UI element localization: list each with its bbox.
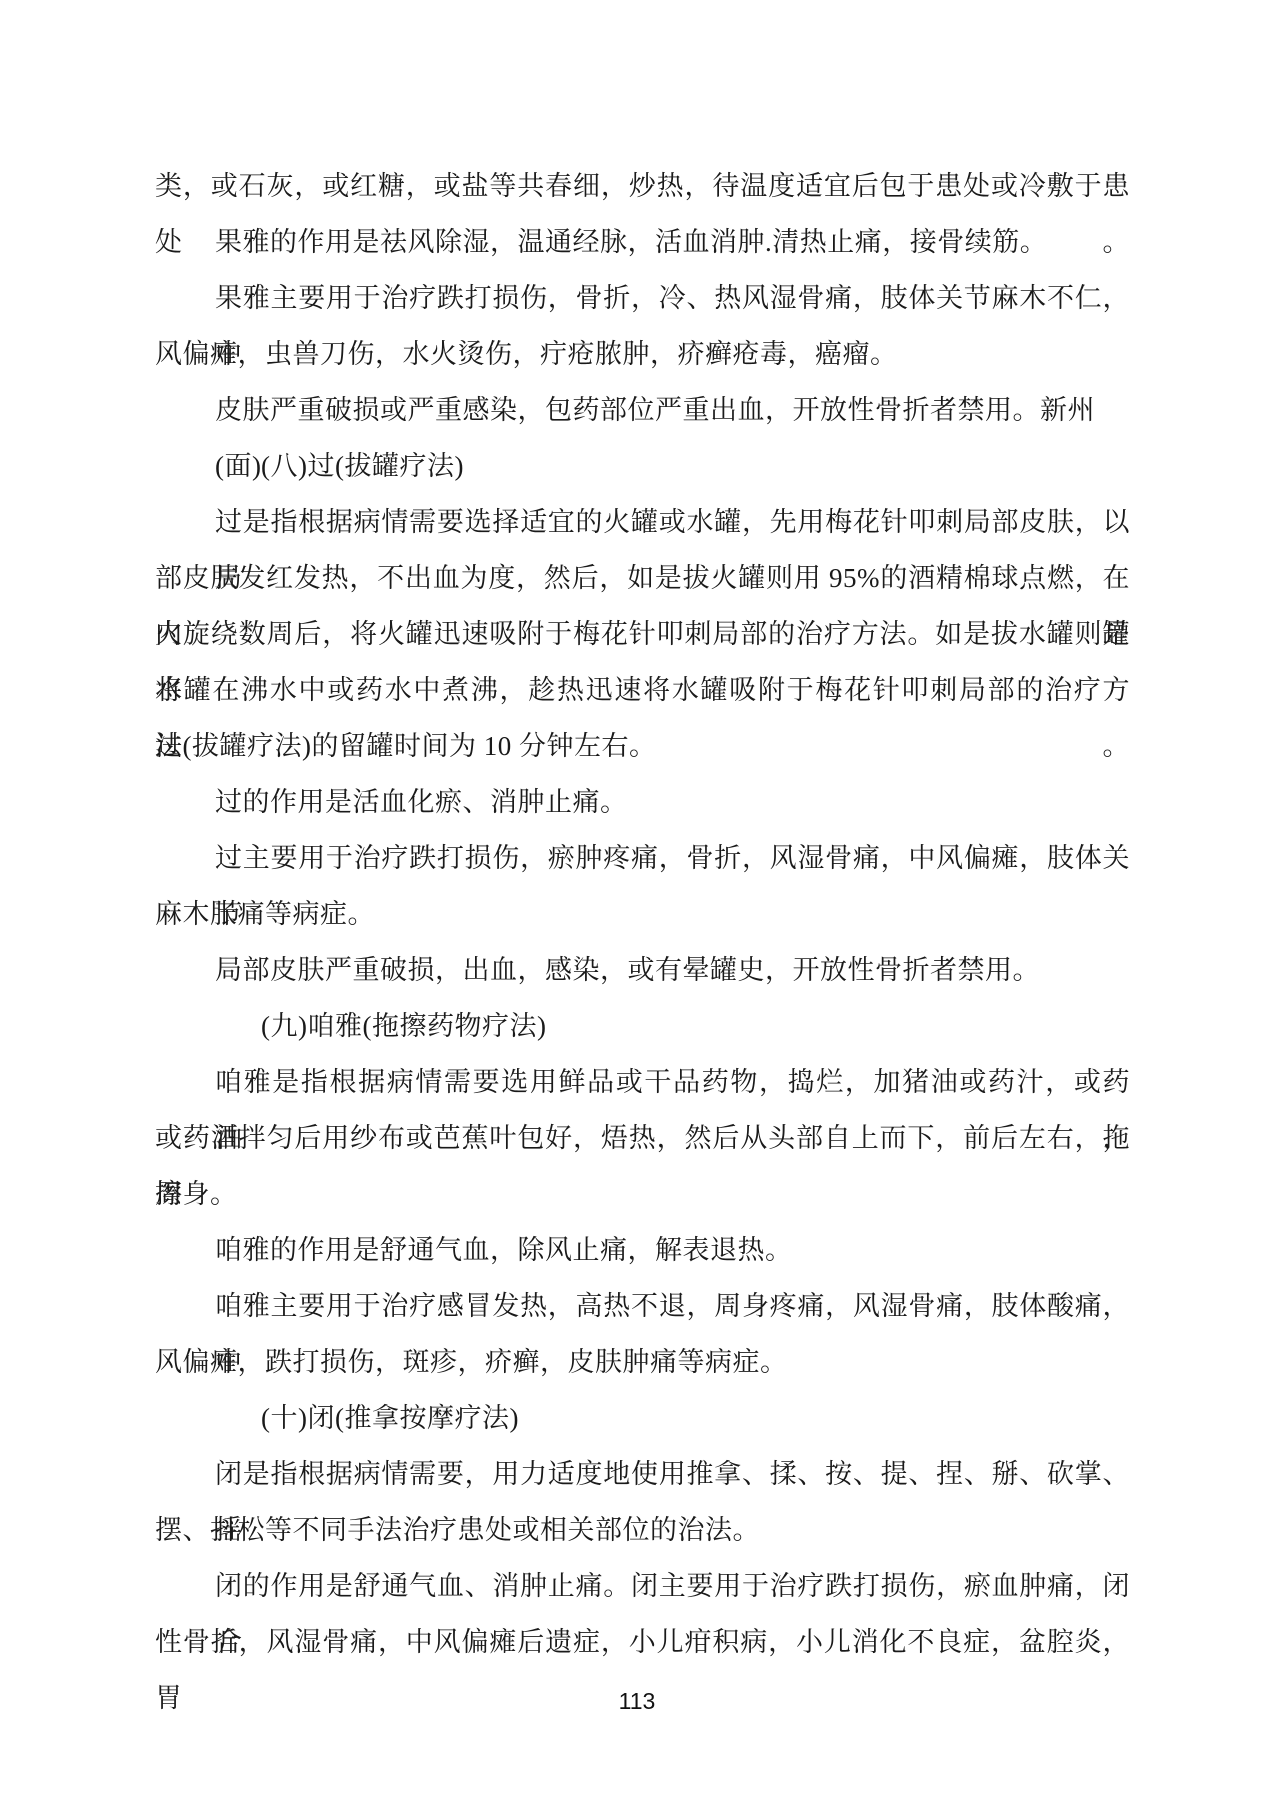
text-line: 水罐在沸水中或药水中煮沸，趁热迅速将水罐吸附于梅花针叩刺局部的治疗方法。 (155, 662, 1130, 718)
text-line: 闭的作用是舒通气血、消肿止痛。闭主要用于治疗跌打损伤，瘀血肿痛，闭合 (155, 1558, 1130, 1614)
text-line: 咱雅的作用是舒通气血，除风止痛，解表退热。 (155, 1222, 1130, 1278)
section-heading: (十)闭(推拿按摩疗法) (155, 1390, 1130, 1446)
text-line: 风偏瘫，虫兽刀伤，水火烫伤，疔疮脓肿，疥癣疮毒，癌瘤。 (155, 326, 1130, 382)
text-line: 部皮肤发红发热，不出血为度，然后，如是拔火罐则用 95%的酒精棉球点燃，在火罐 (155, 550, 1130, 606)
document-page: 类，或石灰，或红糖，或盐等共春细，炒热，待温度适宜后包于患处或冷敷于患处。 果雅… (0, 0, 1274, 1801)
section-heading: (八)过(拔罐疗法) (155, 438, 1130, 494)
text-line: 类，或石灰，或红糖，或盐等共春细，炒热，待温度适宜后包于患处或冷敷于患处。 (155, 158, 1130, 214)
text-line: 果雅主要用于治疗跌打损伤，骨折，冷、热风湿骨痛，肢体关节麻木不仁，中 (155, 270, 1130, 326)
text-line: 局部皮肤严重破损，出血，感染，或有晕罐史，开放性骨折者禁用。 (155, 942, 1130, 998)
text-line: 过是指根据病情需要选择适宜的火罐或水罐，先用梅花针叩刺局部皮肤，以局 (155, 494, 1130, 550)
text-line: 闭是指根据病情需要，用力适度地使用推拿、揉、按、提、捏、掰、砍掌、摇 (155, 1446, 1130, 1502)
page-footer: 113 (0, 1688, 1274, 1715)
text-line: 摆、抖松等不同手法治疗患处或相关部位的治法。 (155, 1502, 1130, 1558)
text-line: 咱雅主要用于治疗感冒发热，高热不退，周身疼痛，风湿骨痛，肢体酸痛，中 (155, 1278, 1130, 1334)
text-line: 风偏瘫，跌打损伤，斑疹，疥癣，皮肤肿痛等病症。 (155, 1334, 1130, 1390)
text-line: 内旋绕数周后，将火罐迅速吸附于梅花针叩刺局部的治疗方法。如是拔水罐则是将 (155, 606, 1130, 662)
page-number: 113 (619, 1688, 656, 1714)
text-line: 麻木胀痛等病症。 (155, 886, 1130, 942)
text-line: 性骨折，风湿骨痛，中风偏瘫后遗症，小儿疳积病，小儿消化不良症，盆腔炎，胃 (155, 1614, 1130, 1670)
text-line: 皮肤严重破损或严重感染，包药部位严重出血，开放性骨折者禁用。新州(面) (155, 382, 1130, 438)
text-line: 过主要用于治疗跌打损伤，瘀肿疼痛，骨折，风湿骨痛，中风偏瘫，肢体关节 (155, 830, 1130, 886)
text-line: 过的作用是活血化瘀、消肿止痛。 (155, 774, 1130, 830)
text-line: 果雅的作用是祛风除湿，温通经脉，活血消肿.清热止痛，接骨续筋。 (155, 214, 1130, 270)
body-text: 类，或石灰，或红糖，或盐等共春细，炒热，待温度适宜后包于患处或冷敷于患处。 果雅… (155, 158, 1130, 1670)
text-line: 周身。 (155, 1166, 1130, 1222)
text-line: 咱雅是指根据病情需要选用鲜品或干品药物，捣烂，加猪油或药汁，或药油， (155, 1054, 1130, 1110)
section-heading: (九)咱雅(拖擦药物疗法) (155, 998, 1130, 1054)
text-line: 或药酒拌匀后用纱布或芭蕉叶包好，焐热，然后从头部自上而下，前后左右，拖擦 (155, 1110, 1130, 1166)
